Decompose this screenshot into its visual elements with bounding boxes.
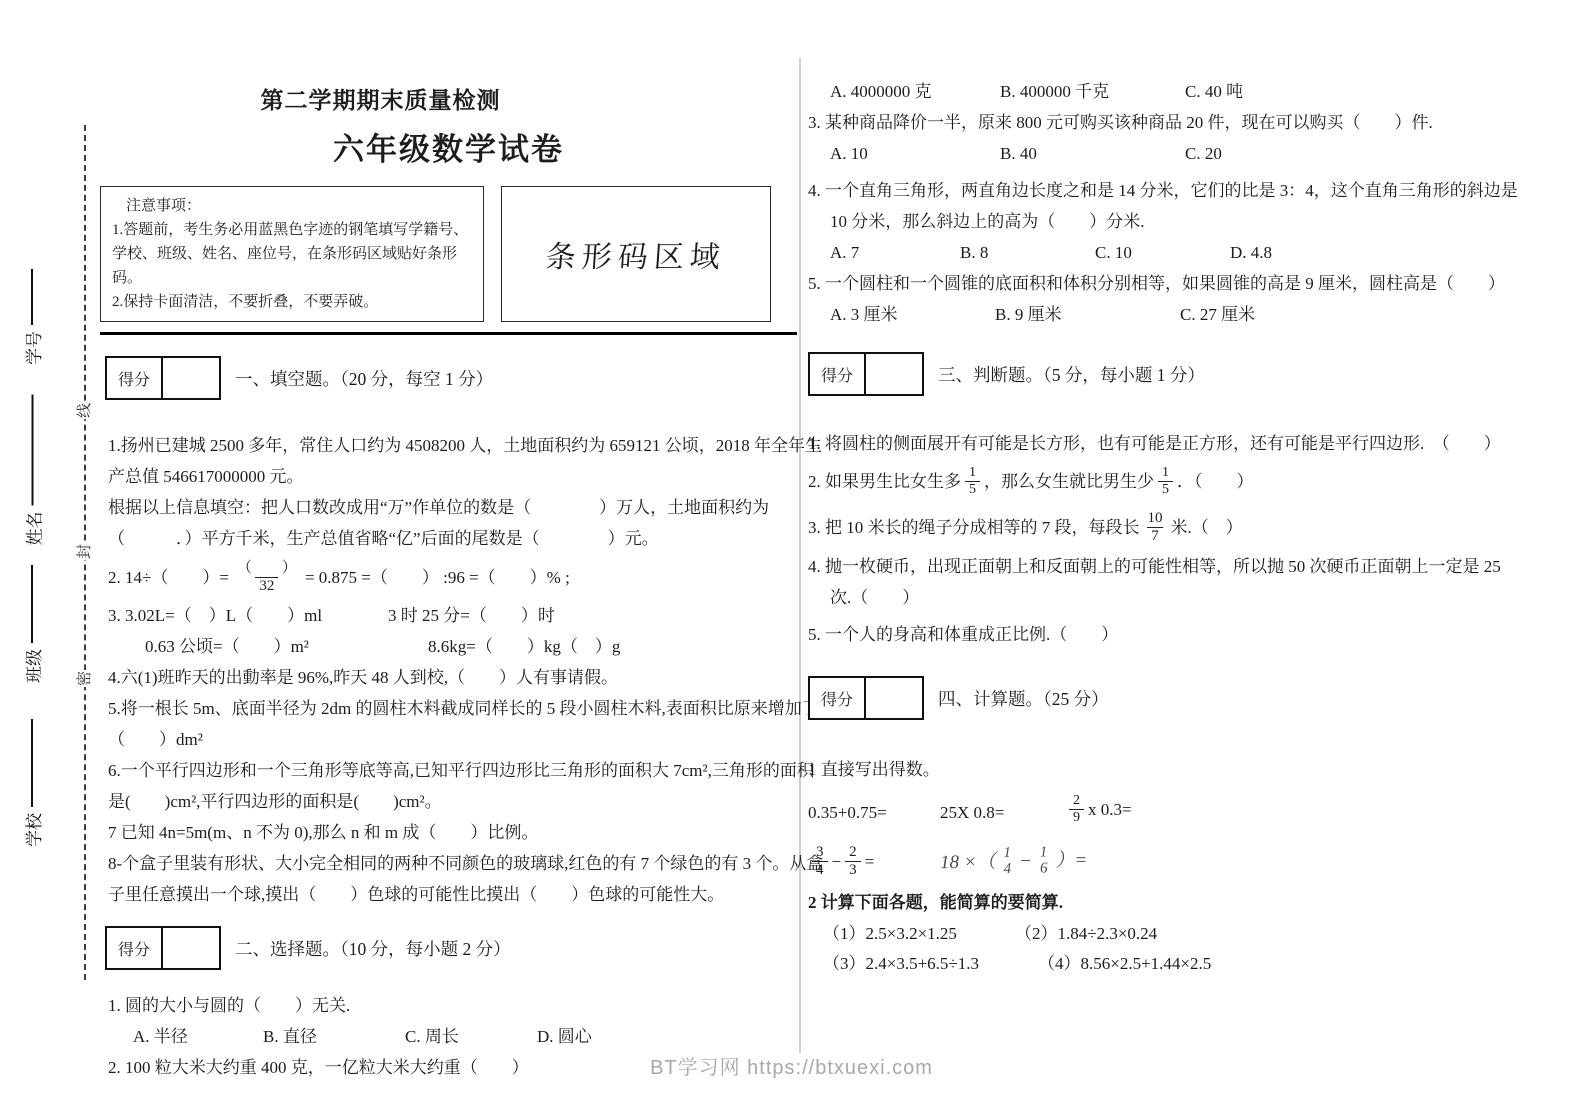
section-3-header: 得分 三、判断题。（5 分，每小题 1 分） xyxy=(808,352,1558,396)
score-label: 得分 xyxy=(107,358,163,398)
choice-q5: 5. 一个圆柱和一个圆锥的底面积和体积分别相等，如果圆锥的高是 9 厘米，圆柱高… xyxy=(808,268,1558,299)
fill-q6-line1: 6.一个平行四边形和一个三角形等底等高,已知平行四边形比三角形的面积大 7cm²… xyxy=(100,755,797,786)
fraction-numerator: （ ） xyxy=(233,560,301,577)
margin-field-student-id: 学号 xyxy=(21,265,43,365)
choice-q3-option-b: B. 40 xyxy=(1000,138,1037,169)
fill-q1-line1: 1.扬州已建城 2500 多年，常住人口约为 4508200 人，土地面积约为 … xyxy=(100,430,797,461)
header-rule xyxy=(100,332,797,335)
fraction-denominator: 4 xyxy=(812,861,828,879)
fill-q3-l1a: 3. 3.02L=（ ）L（ ）ml xyxy=(108,606,322,625)
choice-q5-option-c: C. 27 厘米 xyxy=(1180,299,1255,330)
fill-q7: 7 已知 4n=5m(m、n 不为 0),那么 n 和 m 成（ ）比例。 xyxy=(100,817,797,848)
fraction-denominator: 7 xyxy=(1147,527,1163,545)
calc-row-1: 0.35+0.75= 25X 0.8= 2 9 x 0.3= xyxy=(808,785,1558,833)
seal-char-feng: 封 xyxy=(75,543,96,560)
fill-q8-line2: 子里任意摸出一个球,摸出（ ）色球的可能性比摸出（ ）色球的可能性大。 xyxy=(100,879,797,910)
right-column: A. 4000000 克 B. 400000 千克 C. 40 吨 3. 某种商… xyxy=(808,62,1558,948)
calc-item-3: （3）2.4×3.5+6.5÷1.3 xyxy=(823,948,979,979)
student-id-blank-line xyxy=(31,269,33,325)
fill-q2-fraction: （ ） 32 xyxy=(233,560,301,594)
class-blank-line xyxy=(31,565,33,643)
fill-q6-line2: 是( )cm²,平行四边形的面积是( )cm²。 xyxy=(100,786,797,817)
choice-q4-option-c: C. 10 xyxy=(1095,237,1132,268)
calc-row-2: 3 4 − 2 3 = 18 ×（ 1 4 − 1 6 ）= xyxy=(808,835,1558,887)
choice-q3-options: A. 10 B. 40 C. 20 xyxy=(808,138,1558,169)
calc-expr-4-fraction-1: 3 4 xyxy=(812,844,828,878)
calc-expr-4-fraction-2: 2 3 xyxy=(845,844,861,878)
fraction-numerator: 3 xyxy=(812,844,828,861)
fill-q8-line1: 8-个盒子里装有形状、大小完全相同的两种不同颜色的玻璃球,红色的有 7 个绿色的… xyxy=(100,848,797,879)
choice-q3-option-a: A. 10 xyxy=(830,138,868,169)
choice-q1-option-b: B. 直径 xyxy=(263,1021,317,1052)
class-label: 班级 xyxy=(20,649,45,683)
judge-q2-fraction-2: 1 5 xyxy=(1158,465,1173,497)
choice-q4-line2: 10 分米，那么斜边上的高为（ ）分米. xyxy=(808,206,1558,237)
score-value-cell xyxy=(866,678,922,718)
fraction-denominator: 6 xyxy=(1036,860,1052,877)
left-column: 第二学期期末质量检测 六年级数学试卷 注意事项： 1.答题前，考生务必用蓝黑色字… xyxy=(100,70,797,1083)
footer-watermark: BT学习网 https://btxuexi.com xyxy=(0,1051,1583,1080)
fill-q2-pre: 2. 14÷（ ）= xyxy=(108,562,229,593)
judge-q3-pre: 3. 把 10 米长的绳子分成相等的 7 段，每段长 xyxy=(808,512,1140,543)
choice-q1-option-d: D. 圆心 xyxy=(537,1021,592,1052)
notice-line-1: 1.答题前，考生务必用蓝黑色字迹的钢笔填写学籍号、学校、班级、姓名、座位号，在条… xyxy=(112,218,472,290)
margin-field-name: 姓名 xyxy=(22,391,44,546)
seal-char-xian: 线 xyxy=(75,402,96,419)
calc-item-4: （4）8.56×2.5+1.44×2.5 xyxy=(1038,948,1211,979)
section-1-header: 得分 一、填空题。（20 分，每空 1 分） xyxy=(100,356,797,400)
choice-q3-option-c: C. 20 xyxy=(1185,138,1222,169)
judge-q3: 3. 把 10 米长的绳子分成相等的 7 段，每段长 10 7 米.（ ） xyxy=(808,503,1558,551)
exam-subtitle: 六年级数学试卷 xyxy=(100,124,797,169)
judge-q2-fraction-1: 1 5 xyxy=(965,465,980,497)
fill-q3-l2a: 0.63 公顷=（ ）m² xyxy=(145,637,309,656)
handwritten-minus: − xyxy=(1019,845,1032,876)
fraction-numerator: 2 xyxy=(845,844,861,861)
notice-title: 注意事项： xyxy=(112,194,472,218)
judge-q3-post: 米.（ ） xyxy=(1171,512,1243,543)
handwritten-fraction-1: 1 4 xyxy=(999,844,1015,877)
notice-box: 注意事项： 1.答题前，考生务必用蓝黑色字迹的钢笔填写学籍号、学校、班级、姓名、… xyxy=(100,186,484,322)
judge-q1: 1. 将圆柱的侧面展开有可能是长方形，也有可能是正方形，还有可能是平行四边形. … xyxy=(808,428,1558,459)
school-blank-line xyxy=(31,719,33,807)
choice-q4-option-b: B. 8 xyxy=(960,237,988,268)
fraction-numerator: 1 xyxy=(999,844,1015,861)
fill-q5-line2: （ ）dm² xyxy=(100,724,797,755)
fraction-denominator: 9 xyxy=(1069,809,1084,825)
handwritten-expression: 18 ×（ 1 4 − 1 6 ）= xyxy=(940,834,1088,889)
section-1-heading: 一、填空题。（20 分，每空 1 分） xyxy=(235,366,493,391)
choice-q1-option-c: C. 周长 xyxy=(405,1021,459,1052)
fill-q4: 4.六(1)班昨天的出動率是 96%,昨天 48 人到校,（ ）人有事请假。 xyxy=(100,662,797,693)
choice-q5-option-a: A. 3 厘米 xyxy=(830,299,898,330)
calc-item-2: （2）1.84÷2.3×0.24 xyxy=(1015,918,1157,949)
judge-q2-pre: 2. 如果男生比女生多 xyxy=(808,466,961,497)
fraction-numerator: 2 xyxy=(1069,793,1084,808)
section-3-heading: 三、判断题。（5 分，每小题 1 分） xyxy=(938,362,1205,387)
calc-expr-3-fraction: 2 9 xyxy=(1069,793,1084,825)
notice-line-2: 2.保持卡面清洁，不要折叠，不要弄破。 xyxy=(112,290,472,314)
fill-q3-line2: 0.63 公顷=（ ）m² 8.6kg=（ ）kg（ ）g xyxy=(100,631,797,662)
fill-q2: 2. 14÷（ ）= （ ） 32 = 0.875 =（ ） :96 =（ ）%… xyxy=(100,554,797,600)
section-2-heading: 二、选择题。（10 分，每小题 2 分） xyxy=(235,936,511,961)
margin-field-school: 学校 xyxy=(21,715,43,847)
judge-q2: 2. 如果男生比女生多 1 5 ，那么女生就比男生少 1 5 ．（ ） xyxy=(808,459,1558,503)
handwritten-post: ）= xyxy=(1055,844,1087,876)
seal-char-mi: 密 xyxy=(75,670,96,687)
fraction-denominator: 5 xyxy=(965,481,980,497)
choice-q1-options: A. 半径 B. 直径 C. 周长 D. 圆心 xyxy=(100,1021,797,1052)
fraction-denominator: 4 xyxy=(1000,861,1016,878)
score-value-cell xyxy=(163,358,219,398)
choice-q5-option-b: B. 9 厘米 xyxy=(995,299,1062,330)
barcode-area-label: 条形码区域 xyxy=(544,232,727,276)
score-label: 得分 xyxy=(810,678,866,718)
score-label: 得分 xyxy=(810,354,866,394)
fraction-denominator: 3 xyxy=(845,861,861,879)
choice-q4-option-a: A. 7 xyxy=(830,237,859,268)
calc-expr-4-equals: = xyxy=(865,846,875,877)
calc-part2-title: 2 计算下面各题，能简算的要简算. xyxy=(808,887,1558,918)
judge-q4-line2: 次.（ ） xyxy=(808,582,1558,613)
fill-q2-post: = 0.875 =（ ） :96 =（ ）% ; xyxy=(305,562,570,593)
choice-q2-option-b: B. 400000 千克 xyxy=(1000,76,1109,107)
calc-expr-1: 0.35+0.75= xyxy=(808,797,887,828)
fraction-denominator: 5 xyxy=(1158,481,1173,497)
choice-q1-option-a: A. 半径 xyxy=(133,1021,188,1052)
fill-q3-l2b: 8.6kg=（ ）kg（ ）g xyxy=(428,631,620,662)
score-box-section-4: 得分 xyxy=(808,676,924,720)
student-id-label: 学号 xyxy=(20,331,45,365)
fill-q1-line4: （ ．）平方千米，生产总值省略“亿”后面的尾数是（ ）元。 xyxy=(100,523,797,554)
judge-q3-fraction: 10 7 xyxy=(1144,510,1167,544)
calc-expr-4: 3 4 − 2 3 = xyxy=(808,835,874,887)
calc-part1-title: 1 直接写出得数。 xyxy=(808,754,1558,785)
calc-item-1: （1）2.5×3.2×1.25 xyxy=(823,918,957,949)
choice-q2-option-a: A. 4000000 克 xyxy=(830,76,932,107)
handwritten-fraction-2: 1 6 xyxy=(1036,844,1052,877)
column-divider xyxy=(799,58,801,1053)
choice-q4-options: A. 7 B. 8 C. 10 D. 4.8 xyxy=(808,237,1558,268)
school-label: 学校 xyxy=(20,813,45,847)
calc-expr-3-post: x 0.3= xyxy=(1088,794,1132,825)
margin-field-class: 班级 xyxy=(21,561,43,683)
exam-paper-page: { "page": { "footer": "BT学习网 https://btx… xyxy=(0,0,1583,1118)
barcode-area-box: 条形码区域 xyxy=(501,186,771,322)
fraction-denominator: 32 xyxy=(255,577,278,595)
handwritten-pre: 18 ×（ xyxy=(940,846,996,878)
fraction-numerator: 1 xyxy=(1036,844,1052,861)
choice-q2-option-c: C. 40 吨 xyxy=(1185,76,1243,107)
fraction-numerator: 1 xyxy=(1158,465,1173,480)
choice-q1: 1. 圆的大小与圆的（ ）无关. xyxy=(100,990,797,1021)
calc-expr-2: 25X 0.8= xyxy=(940,797,1004,828)
name-label: 姓名 xyxy=(20,512,45,546)
score-box-section-3: 得分 xyxy=(808,352,924,396)
score-value-cell xyxy=(163,928,219,968)
fraction-numerator: 1 xyxy=(965,465,980,480)
section-2-header: 得分 二、选择题。（10 分，每小题 2 分） xyxy=(100,926,797,970)
choice-q5-options: A. 3 厘米 B. 9 厘米 C. 27 厘米 xyxy=(808,299,1558,330)
fill-q3-line1: 3. 3.02L=（ ）L（ ）ml 3 时 25 分=（ ）时 xyxy=(100,600,797,631)
score-label: 得分 xyxy=(107,928,163,968)
fill-q3-l1b: 3 时 25 分=（ ）时 xyxy=(388,600,555,631)
fill-q5-line1: 5.将一根长 5m、底面半径为 2dm 的圆柱木料截成同样长的 5 段小圆柱木料… xyxy=(100,693,797,724)
exam-title: 第二学期期末质量检测 xyxy=(100,82,661,115)
judge-q4-line1: 4. 抛一枚硬币，出现正面朝上和反面朝上的可能性相等，所以抛 50 次硬币正面朝… xyxy=(808,551,1558,582)
fill-q1-line2: 产总值 546617000000 元。 xyxy=(100,461,797,492)
choice-q4-line1: 4. 一个直角三角形，两直角边长度之和是 14 分米，它们的比是 3：4，这个直… xyxy=(808,175,1558,206)
choice-q4-option-d: D. 4.8 xyxy=(1230,237,1272,268)
name-blank-line xyxy=(32,395,34,506)
choice-q3: 3. 某种商品降价一半，原来 800 元可购买该种商品 20 件，现在可以购买（… xyxy=(808,107,1558,138)
score-value-cell xyxy=(866,354,922,394)
judge-q5: 5. 一个人的身高和体重成正比例.（ ） xyxy=(808,619,1558,650)
score-box-section-1: 得分 xyxy=(105,356,221,400)
calc-expr-3: 2 9 x 0.3= xyxy=(1065,785,1132,833)
score-box-section-2: 得分 xyxy=(105,926,221,970)
judge-q2-post: ．（ ） xyxy=(1177,466,1254,497)
section-4-heading: 四、计算题。（25 分） xyxy=(938,686,1109,711)
fraction-numerator: 10 xyxy=(1144,510,1167,527)
choice-q2-options: A. 4000000 克 B. 400000 千克 C. 40 吨 xyxy=(808,76,1558,107)
section-4-header: 得分 四、计算题。（25 分） xyxy=(808,676,1558,720)
judge-q2-mid: ，那么女生就比男生少 xyxy=(984,466,1154,497)
fill-q1-line3: 根据以上信息填空：把人口数改成用“万”作单位的数是（ ）万人，土地面积约为 xyxy=(100,492,797,523)
calc-expr-4-minus: − xyxy=(832,846,842,877)
header-boxes: 注意事项： 1.答题前，考生务必用蓝黑色字迹的钢笔填写学籍号、学校、班级、姓名、… xyxy=(100,186,797,322)
